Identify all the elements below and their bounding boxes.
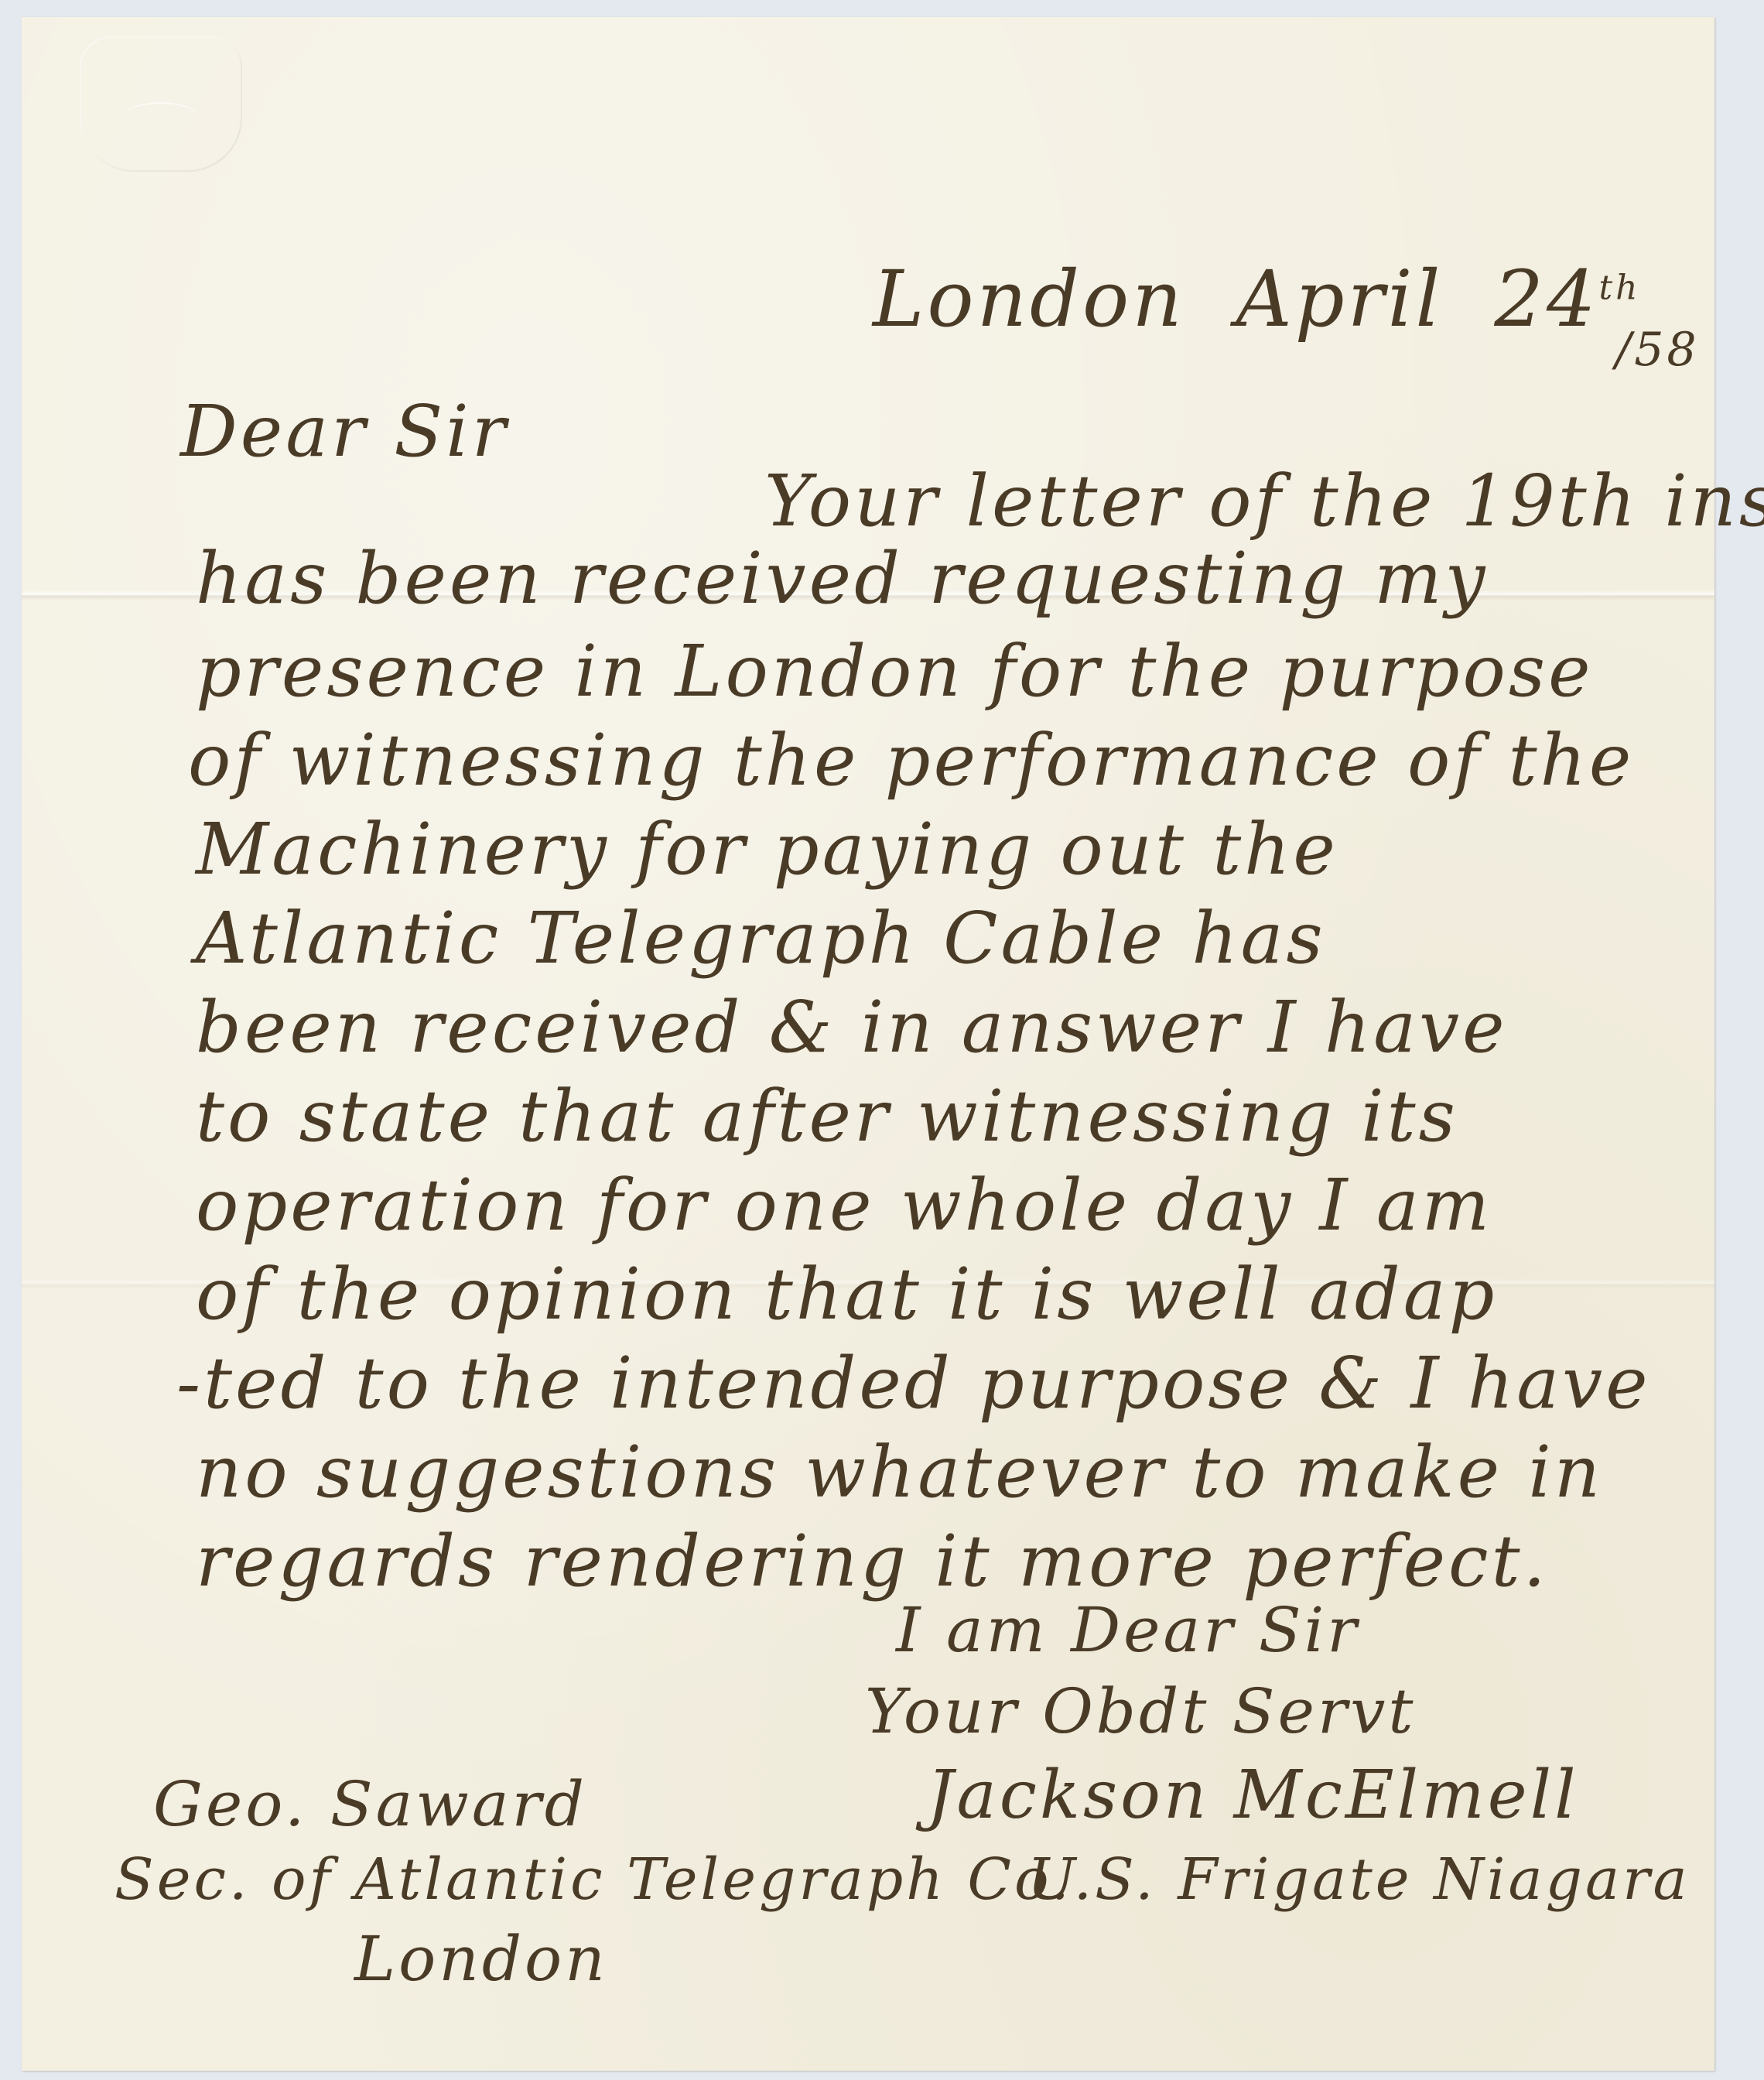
- body-line: of witnessing the performance of the: [188, 725, 1634, 796]
- body-line: no suggestions whatever to make in: [196, 1437, 1603, 1508]
- body-line: operation for one whole day I am: [196, 1170, 1492, 1241]
- closing-line: I am Dear Sir: [896, 1599, 1360, 1661]
- signer-title: U.S. Frigate Niagara: [1027, 1851, 1690, 1908]
- date-day: 24: [1494, 254, 1598, 344]
- body-line: presence in London for the purpose: [196, 636, 1594, 707]
- date-day-suffix: th: [1598, 269, 1640, 308]
- letter-date: London April 24th: [873, 261, 1641, 338]
- recipient-title: Sec. of Atlantic Telegraph Co.: [115, 1851, 1072, 1908]
- body-line: of the opinion that it is well adap: [196, 1259, 1497, 1330]
- closing-line: Your Obdt Servt: [865, 1681, 1417, 1743]
- embossed-seal-icon: [80, 36, 242, 172]
- body-line: been received & in answer I have: [196, 992, 1508, 1063]
- body-line: has been received requesting my: [196, 543, 1488, 614]
- body-line: -ted to the intended purpose & I have: [176, 1348, 1651, 1419]
- recipient-city: London: [354, 1928, 608, 1990]
- body-line: regards rendering it more perfect.: [196, 1526, 1549, 1597]
- body-line: Machinery for paying out the: [196, 814, 1338, 885]
- salutation: Dear Sir: [180, 396, 509, 467]
- date-place: London: [873, 254, 1185, 344]
- signature: Jackson McElmell: [927, 1762, 1579, 1829]
- body-line: to state that after witnessing its: [196, 1081, 1458, 1152]
- letter-paper: London April 24th /58 Dear Sir Your lett…: [22, 17, 1714, 2071]
- body-line: Atlantic Telegraph Cable has: [196, 903, 1326, 974]
- recipient-name: Geo. Saward: [153, 1774, 587, 1835]
- date-year: /58: [1615, 327, 1700, 373]
- body-line: Your letter of the 19th inst.: [764, 466, 1764, 537]
- date-month: April: [1236, 254, 1443, 344]
